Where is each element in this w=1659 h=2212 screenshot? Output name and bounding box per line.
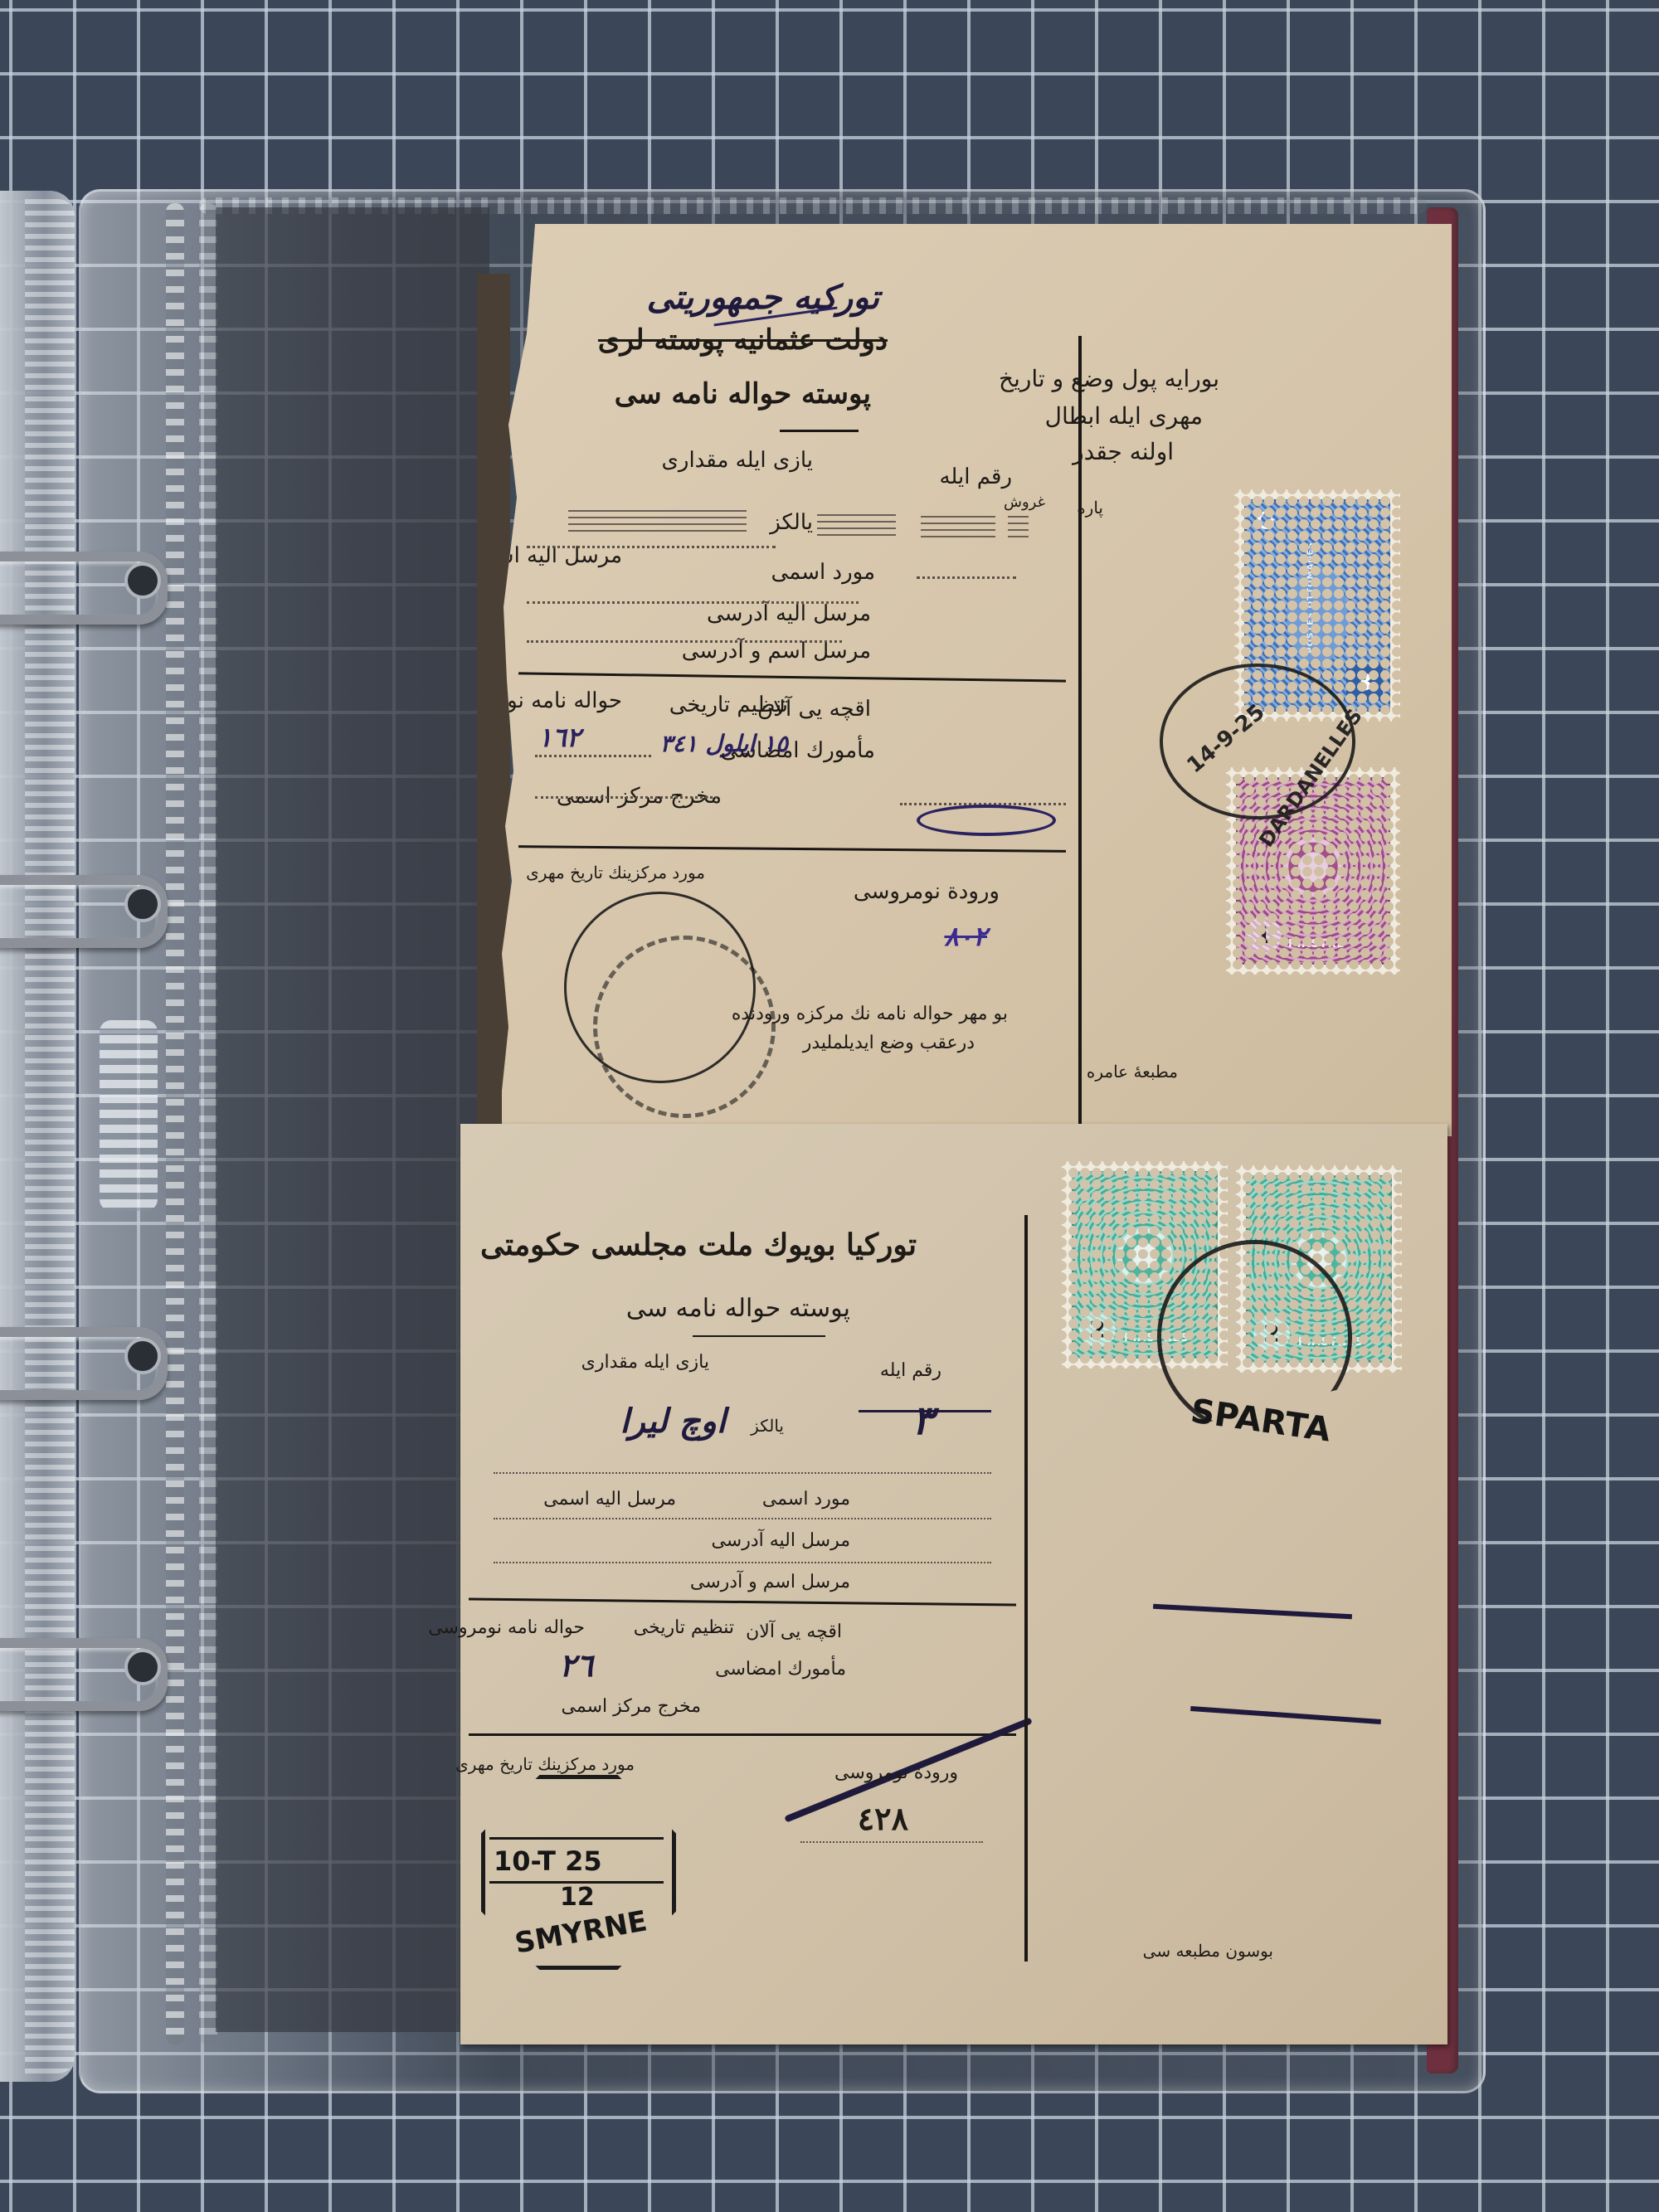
unit-piaster: غروش: [1004, 493, 1045, 511]
crescent-star-icon: ☪: [1255, 507, 1277, 536]
stamp-box-line-2: مهرى ايله ابطال: [1045, 402, 1203, 430]
section-divider: [469, 1598, 1016, 1607]
arrival-no-label: ورودة نومروسى: [854, 879, 1000, 904]
postmark-smyrne-number: 12: [560, 1883, 595, 1912]
amount-ruled-lines-2: [817, 514, 896, 539]
card-backing-dark: [477, 274, 510, 1128]
amount-figure-value: ٣: [912, 1398, 933, 1444]
arrival-postmark: [593, 936, 776, 1118]
dotted-line: [494, 1472, 991, 1474]
field-payee-address: مرسل اليه آدرسى: [711, 1530, 850, 1551]
handwritten-stroke: [1190, 1706, 1381, 1724]
officer-signature: [917, 805, 1056, 836]
postmark-band-top: [489, 1837, 664, 1840]
stamp-value: 3: [1346, 664, 1383, 701]
amount-figures-label: رقم ايله: [939, 464, 1012, 489]
officer-signature-label: مأمورك امضاسى: [715, 1659, 846, 1680]
stamp-value: 1: [1245, 917, 1282, 954]
stamp-unit: PIASTRE: [1288, 938, 1338, 950]
dotted-line: [527, 640, 842, 643]
sleeve-inner-shadow: [216, 207, 489, 2032]
field-recipient-office: مورد اسمى: [771, 560, 875, 585]
col-receiver: اقچه يى آلان: [757, 697, 871, 722]
dotted-line: [800, 1841, 983, 1843]
dotted-line: [527, 546, 776, 548]
punch-hole-3: [124, 1338, 161, 1374]
note-line-1: بو مهر حواله نامه نك مركزه ورودنده: [732, 1004, 1008, 1024]
printer-imprint: مطبعهٔ عامره: [1087, 1062, 1178, 1082]
handwritten-republic-header: توركيه جمهوريتى: [647, 278, 879, 317]
arrival-stamp-label: مورد مركزينك تاريخ مهرى: [526, 863, 705, 882]
yalniz-label: يالكز: [751, 1416, 784, 1436]
stamp-text: POSTES OTTOMANES: [1306, 542, 1316, 653]
sleeve-rib-left-inner: [199, 203, 217, 2044]
col-money-order-no: حواله نامه نومروسى: [428, 1617, 585, 1638]
field-payee-address: مرسل اليه آدرسى: [707, 601, 871, 626]
stamp-box-line-1: بورايه پول وضع و تاريخ: [999, 365, 1219, 392]
sleeve-rib-left: [166, 203, 184, 2044]
section-divider: [518, 672, 1066, 682]
note-line-2: درعقب وضع ايديلمليدر: [803, 1033, 975, 1053]
stamp-area-divider: [1024, 1215, 1028, 1962]
stamp-box-line-3: اولنه جقدر: [1073, 438, 1174, 465]
postmark-smyrne-date: 10-T 25: [494, 1845, 602, 1877]
money-order-no-value: ٢٦: [559, 1646, 593, 1684]
punch-hole-1: [124, 562, 161, 599]
field-payee-name: مرسل اليه اسمى: [543, 1489, 676, 1510]
issuing-office-label: مخرج مركز اسمى: [562, 1696, 701, 1717]
amount-figures-label: رقم ايله: [880, 1360, 941, 1381]
arrival-stamp-label: مورد مركزينك تاريخ مهرى: [455, 1754, 635, 1774]
handwritten-stroke: [859, 1410, 991, 1412]
handwritten-stroke: [1153, 1604, 1352, 1620]
form-title: پوسته حواله نامه سى: [615, 377, 871, 411]
col-issue-date: تنظيم تاريخى: [634, 1617, 734, 1638]
section-divider: [469, 1733, 1016, 1736]
para-ruled-lines: [1008, 516, 1029, 541]
field-recipient-office: مورد اسمى: [762, 1489, 850, 1510]
dotted-line: [535, 796, 718, 799]
gnat-government-header: توركيا بويوك ملت مجلسى حكومتى: [480, 1228, 917, 1262]
yalniz-label: يالكز: [770, 510, 813, 535]
postmark-dardanelles: 14-9-25 DARDANELLES: [1160, 664, 1355, 819]
officer-signature-label: مأمورك امضاسى: [720, 738, 875, 763]
amount-words-label: يازى ايله مقدارى: [581, 1352, 709, 1373]
dotted-line: [527, 601, 859, 604]
dotted-line: [494, 1518, 991, 1519]
postmark-date: 14-9-25: [1182, 699, 1269, 778]
amount-words-label: يازى ايله مقدارى: [662, 448, 813, 473]
struck-ottoman-header: دولت عثمانيه پوسته لرى: [598, 323, 888, 357]
section-divider: [518, 845, 1066, 853]
stamp-value: 2: [1079, 1311, 1116, 1348]
dotted-line: [535, 755, 651, 757]
arrival-no-value: ٤٢٨: [858, 1800, 908, 1837]
dotted-line: [917, 576, 1016, 579]
piaster-ruled-lines: [921, 516, 995, 541]
amount-words-value: اوچ ليرا: [620, 1402, 726, 1441]
dotted-line: [494, 1562, 991, 1563]
col-receiver: اقچه يى آلان: [746, 1621, 842, 1642]
field-sender: مرسل اسم و آدرسى: [690, 1572, 850, 1592]
punch-hole-2: [124, 886, 161, 922]
title-ornament: [693, 1335, 825, 1337]
arrival-no-label: ورودة نومروسى: [834, 1762, 958, 1783]
money-order-no-value: ١٦٢: [538, 722, 581, 753]
sleeve-embossed-logo: [100, 1020, 158, 1211]
form-title: پوسته حواله نامه سى: [626, 1294, 850, 1323]
arrival-no-value: ٨٠٢: [944, 921, 987, 952]
title-ornament: [780, 430, 859, 432]
punch-hole-4: [124, 1649, 161, 1685]
printer-imprint: بوسون مطبعه سى: [1143, 1941, 1273, 1961]
previous-page-ribbing: [25, 199, 75, 2073]
amount-ruled-lines: [568, 510, 747, 535]
